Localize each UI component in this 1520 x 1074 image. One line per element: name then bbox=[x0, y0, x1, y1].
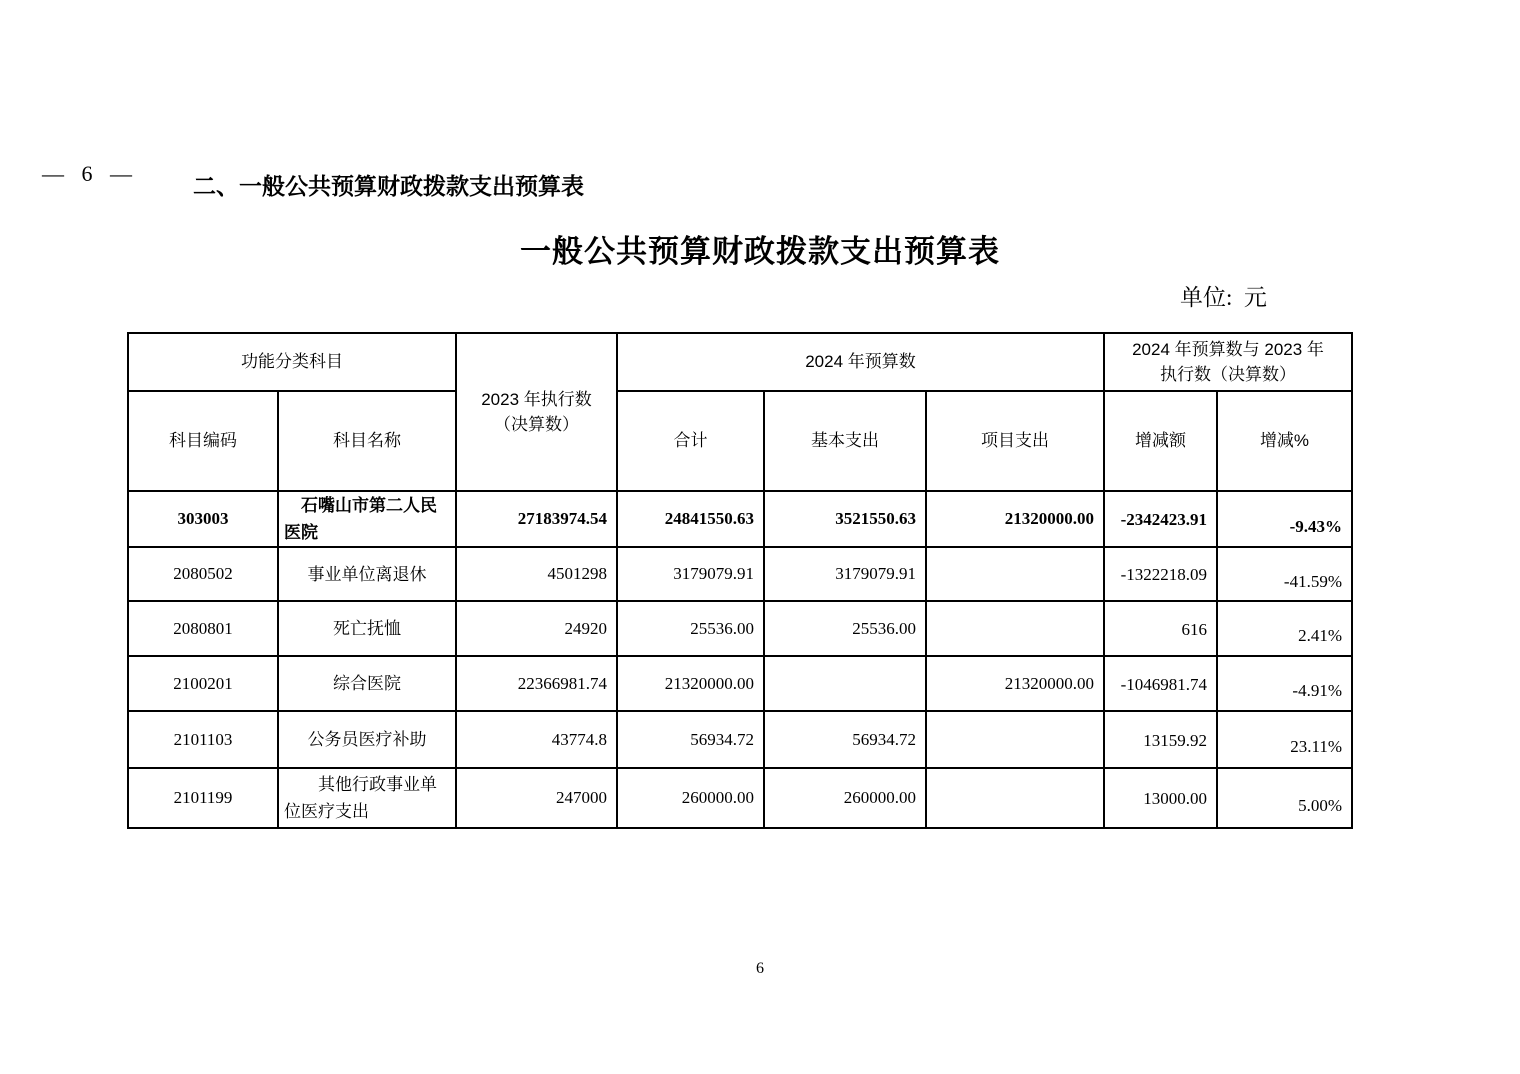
cell-subject-code: 2101199 bbox=[128, 768, 278, 828]
cell-project-expense: 21320000.00 bbox=[926, 491, 1104, 547]
budget-table: 功能分类科目 2023 年执行数 （决算数） 2024 年预算数 2024 年预… bbox=[127, 332, 1353, 829]
table-row: 2080502 事业单位离退休 4501298 3179079.91 31790… bbox=[128, 547, 1352, 601]
cell-total-2024: 3179079.91 bbox=[617, 547, 764, 601]
cell-subject-name: 石嘴山市第二人民医院 bbox=[278, 491, 456, 547]
page-corner-marker: — 6 — bbox=[42, 161, 138, 187]
table-row: 2101103 公务员医疗补助 43774.8 56934.72 56934.7… bbox=[128, 711, 1352, 768]
cell-basic-expense: 3179079.91 bbox=[764, 547, 926, 601]
header-project-expense: 项目支出 bbox=[926, 391, 1104, 491]
cell-change-amount: 13159.92 bbox=[1104, 711, 1217, 768]
cell-exec-2023: 24920 bbox=[456, 601, 617, 656]
cell-total-2024: 21320000.00 bbox=[617, 656, 764, 711]
cell-project-expense bbox=[926, 711, 1104, 768]
header-basic-expense: 基本支出 bbox=[764, 391, 926, 491]
header-row-groups: 功能分类科目 2023 年执行数 （决算数） 2024 年预算数 2024 年预… bbox=[128, 333, 1352, 391]
cell-subject-code: 2101103 bbox=[128, 711, 278, 768]
cell-change-percent: 2.41% bbox=[1217, 601, 1352, 656]
cell-project-expense: 21320000.00 bbox=[926, 656, 1104, 711]
cell-project-expense bbox=[926, 768, 1104, 828]
cell-total-2024: 25536.00 bbox=[617, 601, 764, 656]
cell-exec-2023: 4501298 bbox=[456, 547, 617, 601]
cell-subject-name: 死亡抚恤 bbox=[278, 601, 456, 656]
cell-change-amount: -2342423.91 bbox=[1104, 491, 1217, 547]
cell-exec-2023: 247000 bbox=[456, 768, 617, 828]
cell-total-2024: 24841550.63 bbox=[617, 491, 764, 547]
cell-total-2024: 260000.00 bbox=[617, 768, 764, 828]
cell-change-percent: -41.59% bbox=[1217, 547, 1352, 601]
header-exec-2023: 2023 年执行数 （决算数） bbox=[456, 333, 617, 491]
table-row: 2080801 死亡抚恤 24920 25536.00 25536.00 616… bbox=[128, 601, 1352, 656]
cell-exec-2023: 27183974.54 bbox=[456, 491, 617, 547]
cell-change-percent: -9.43% bbox=[1217, 491, 1352, 547]
cell-subject-code: 303003 bbox=[128, 491, 278, 547]
cell-basic-expense: 260000.00 bbox=[764, 768, 926, 828]
cell-subject-code: 2100201 bbox=[128, 656, 278, 711]
header-budget-2024-group: 2024 年预算数 bbox=[617, 333, 1104, 391]
cell-project-expense bbox=[926, 601, 1104, 656]
cell-exec-2023: 22366981.74 bbox=[456, 656, 617, 711]
cell-basic-expense bbox=[764, 656, 926, 711]
cell-subject-code: 2080502 bbox=[128, 547, 278, 601]
cell-change-percent: -4.91% bbox=[1217, 656, 1352, 711]
cell-project-expense bbox=[926, 547, 1104, 601]
header-change-amount: 增减额 bbox=[1104, 391, 1217, 491]
table-row: 2100201 综合医院 22366981.74 21320000.00 213… bbox=[128, 656, 1352, 711]
cell-change-amount: -1322218.09 bbox=[1104, 547, 1217, 601]
cell-change-amount: 616 bbox=[1104, 601, 1217, 656]
cell-basic-expense: 56934.72 bbox=[764, 711, 926, 768]
header-subject-name: 科目名称 bbox=[278, 391, 456, 491]
cell-subject-name: 公务员医疗补助 bbox=[278, 711, 456, 768]
header-row-columns: 科目编码 科目名称 合计 基本支出 项目支出 增减额 增减% bbox=[128, 391, 1352, 491]
unit-label: 单位: 元 bbox=[1180, 279, 1267, 312]
cell-exec-2023: 43774.8 bbox=[456, 711, 617, 768]
header-subject-code: 科目编码 bbox=[128, 391, 278, 491]
cell-change-amount: -1046981.74 bbox=[1104, 656, 1217, 711]
cell-subject-name: 其他行政事业单位医疗支出 bbox=[278, 768, 456, 828]
document-title: 一般公共预算财政拨款支出预算表 bbox=[0, 226, 1520, 271]
cell-basic-expense: 3521550.63 bbox=[764, 491, 926, 547]
header-total: 合计 bbox=[617, 391, 764, 491]
section-heading: 二、一般公共预算财政拨款支出预算表 bbox=[193, 168, 584, 201]
cell-change-percent: 23.11% bbox=[1217, 711, 1352, 768]
header-compare-group: 2024 年预算数与 2023 年 执行数（决算数） bbox=[1104, 333, 1352, 391]
cell-subject-name: 事业单位离退休 bbox=[278, 547, 456, 601]
table-row: 303003 石嘴山市第二人民医院 27183974.54 24841550.6… bbox=[128, 491, 1352, 547]
table-row: 2101199 其他行政事业单位医疗支出 247000 260000.00 26… bbox=[128, 768, 1352, 828]
cell-subject-name: 综合医院 bbox=[278, 656, 456, 711]
header-function-group: 功能分类科目 bbox=[128, 333, 456, 391]
cell-subject-code: 2080801 bbox=[128, 601, 278, 656]
cell-change-amount: 13000.00 bbox=[1104, 768, 1217, 828]
cell-basic-expense: 25536.00 bbox=[764, 601, 926, 656]
cell-total-2024: 56934.72 bbox=[617, 711, 764, 768]
header-change-percent: 增减% bbox=[1217, 391, 1352, 491]
cell-change-percent: 5.00% bbox=[1217, 768, 1352, 828]
page-number: 6 bbox=[0, 960, 1520, 978]
